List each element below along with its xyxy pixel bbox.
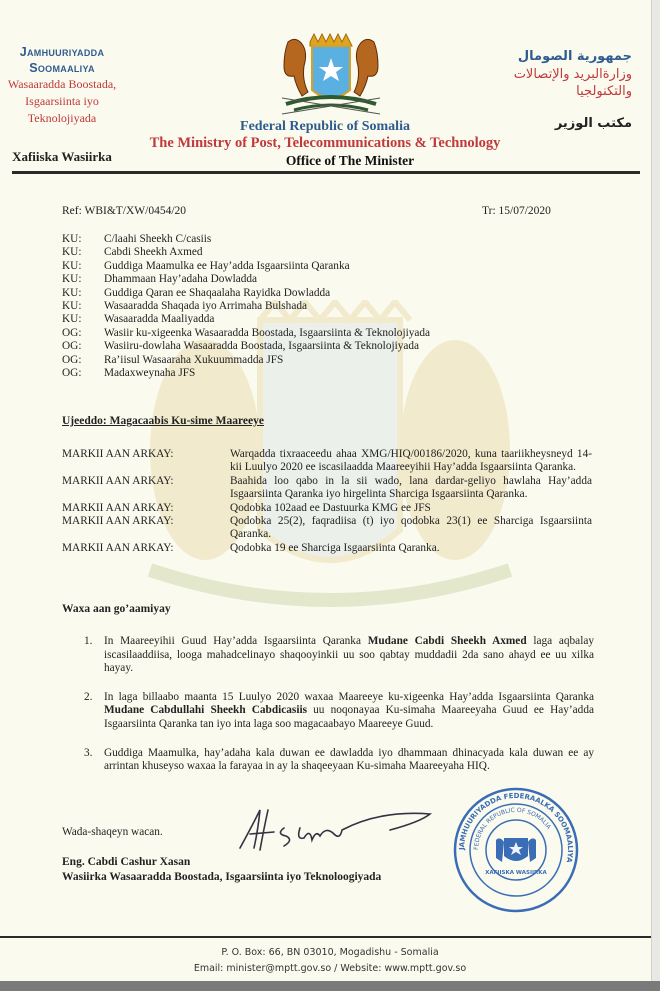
republic-name-arabic: جمهورية الصومال [462,48,632,66]
ministry-name-arabic-1: وزارةالبريد والإتصالات [462,66,632,83]
office-name-somali: Xafiiska Wasiirka [0,149,124,165]
ministry-name-somali-2: Isgaarsiinta iyo [0,93,124,110]
consideration-row: MARKII AAN ARKAY:Warqadda tixraaceedu ah… [62,448,592,475]
decisions-heading: Waxa aan go’aamiyay [62,603,171,615]
recipient-name: Wasaaradda Shaqada iyo Arrimaha Bulshada [104,300,307,313]
consideration-row: MARKII AAN ARKAY:Qodobka 102aad ee Dastu… [62,502,592,515]
recipient-row: KU:Wasaaradda Maaliyadda [62,313,430,326]
decision-person-name: Mudane Cabdi Sheekh Axmed [368,635,527,647]
considerations-list: MARKII AAN ARKAY:Warqadda tixraaceedu ah… [62,448,592,555]
seal-bottom-text: XAFIISKA WASIIRKA [485,870,547,876]
footer-block: P. O. Box: 66, BN 03010, Mogadishu - Som… [0,945,660,977]
decision-text-part: Guddiga Maamulka, hay’adaha kala duwan e… [104,747,594,773]
recipient-row: OG:Ra’iisul Wasaaraha Xukuummadda JFS [62,354,430,367]
recipient-name: Wasiir ku-xigeenka Wasaaradda Boostada, … [104,327,430,340]
decisions-list: 1.In Maareeyihii Guud Hay’adda Isgaarsii… [84,635,594,789]
ministry-name-somali-1: Wasaaradda Boostada, [0,76,124,93]
decision-number: 1. [84,635,104,676]
signer-name: Eng. Cabdi Cashur Xasan [62,855,381,870]
decision-item: 1.In Maareeyihii Guud Hay’adda Isgaarsii… [84,635,594,676]
recipient-row: KU:Dhammaan Hay’adaha Dowladda [62,273,430,286]
office-of-minister-title: Office of The Minister [130,152,520,169]
recipient-row: OG:Wasiiru-dowlaha Wasaaradda Boostada, … [62,340,430,353]
recipient-name: Dhammaan Hay’adaha Dowladda [104,273,257,286]
consideration-row: MARKII AAN ARKAY:Baahida loo qabo in la … [62,475,592,502]
closing-remark: Wada-shaqeyn wacan. [62,826,163,838]
recipient-row: KU:Guddiga Maamulka ee Hay’adda Isgaarsi… [62,260,430,273]
consideration-label: MARKII AAN ARKAY: [62,502,230,515]
footer-contact: Email: minister@mptt.gov.so / Website: w… [0,961,660,977]
recipient-row: OG:Madaxweynaha JFS [62,367,430,380]
recipient-name: Ra’iisul Wasaaraha Xukuummadda JFS [104,354,283,367]
recipient-name: Wasaaradda Maaliyadda [104,313,214,326]
page-edge-right [651,0,660,991]
recipient-prefix: KU: [62,273,104,286]
decision-text-part: In laga billaabo maanta 15 Luulyo 2020 w… [104,691,594,703]
recipient-row: KU:Guddiga Qaran ee Shaqaalaha Rayidka D… [62,287,430,300]
recipient-row: KU:Wasaaradda Shaqada iyo Arrimaha Bulsh… [62,300,430,313]
subject-line: Ujeeddo: Magacaabis Ku-sime Maareeye [62,415,264,427]
recipient-prefix: OG: [62,367,104,380]
recipient-row: OG:Wasiir ku-xigeenka Wasaaradda Boostad… [62,327,430,340]
decision-text: Guddiga Maamulka, hay’adaha kala duwan e… [104,747,594,774]
consideration-label: MARKII AAN ARKAY: [62,542,230,555]
recipient-row: KU:Cabdi Sheekh Axmed [62,246,430,259]
decision-text: In laga billaabo maanta 15 Luulyo 2020 w… [104,691,594,732]
republic-name-somali: Jamhuuriyadda [0,44,124,60]
consideration-text: Warqadda tixraaceedu ahaa XMG/HIQ/00186/… [230,448,592,475]
decision-item: 3.Guddiga Maamulka, hay’adaha kala duwan… [84,747,594,774]
ministry-title: The Ministry of Post, Telecommunications… [130,135,520,152]
header-divider [12,171,640,174]
office-name-arabic: مكتب الوزير [462,116,632,131]
recipient-prefix: KU: [62,260,104,273]
recipient-prefix: KU: [62,246,104,259]
decision-number: 3. [84,747,104,774]
recipient-row: KU:C/laahi Sheekh C/casiis [62,233,430,246]
header-left-block: Jamhuuriyadda Soomaaliya Wasaaradda Boos… [0,44,124,165]
somalia-coat-of-arms-icon [268,20,394,120]
footer-divider [0,936,660,938]
letter-page: Jamhuuriyadda Soomaaliya Wasaaradda Boos… [0,0,652,980]
recipient-prefix: KU: [62,287,104,300]
consideration-text: Qodobka 102aad ee Dastuurka KMG ee JFS [230,502,592,515]
recipients-list: KU:C/laahi Sheekh C/casiisKU:Cabdi Sheek… [62,233,430,380]
consideration-label: MARKII AAN ARKAY: [62,515,230,542]
recipient-name: C/laahi Sheekh C/casiis [104,233,211,246]
recipient-prefix: KU: [62,300,104,313]
reference-number: Ref: WBI&T/XW/0454/20 [62,205,186,217]
ministry-name-somali-3: Teknolojiyada [0,110,124,127]
header-right-block: جمهورية الصومال وزارةالبريد والإتصالات و… [462,48,632,131]
official-seal-icon: JAMHUURIYADDA FEDERAALKA SOOMAALIYA FEDE… [452,786,580,914]
decision-text-part: In Maareeyihii Guud Hay’adda Isgaarsiint… [104,635,368,647]
signer-title: Wasiirka Wasaaradda Boostada, Isgaarsiin… [62,870,381,885]
decision-number: 2. [84,691,104,732]
page-edge-bottom [0,981,660,991]
ministry-name-arabic-2: والتكنولجيا [462,83,632,100]
decision-person-name: Mudane Cabdullahi Sheekh Cabdicasiis [104,704,307,716]
recipient-prefix: KU: [62,233,104,246]
consideration-text: Qodobka 19 ee Sharciga Isgaarsiinta Qara… [230,542,592,555]
consideration-row: MARKII AAN ARKAY:Qodobka 25(2), faqradii… [62,515,592,542]
recipient-prefix: OG: [62,354,104,367]
recipient-name: Guddiga Qaran ee Shaqaalaha Rayidka Dowl… [104,287,330,300]
signer-block: Eng. Cabdi Cashur Xasan Wasiirka Wasaara… [62,855,381,884]
recipient-prefix: OG: [62,340,104,353]
recipient-prefix: OG: [62,327,104,340]
signature-mark [230,806,440,852]
consideration-label: MARKII AAN ARKAY: [62,475,230,502]
decision-item: 2.In laga billaabo maanta 15 Luulyo 2020… [84,691,594,732]
recipient-name: Wasiiru-dowlaha Wasaaradda Boostada, Isg… [104,340,419,353]
consideration-text: Qodobka 25(2), faqradiisa (t) iyo qodobk… [230,515,592,542]
recipient-name: Guddiga Maamulka ee Hay’adda Isgaarsiint… [104,260,350,273]
consideration-label: MARKII AAN ARKAY: [62,448,230,475]
letter-date: Tr: 15/07/2020 [482,205,551,217]
footer-address: P. O. Box: 66, BN 03010, Mogadishu - Som… [0,945,660,961]
consideration-row: MARKII AAN ARKAY:Qodobka 19 ee Sharciga … [62,542,592,555]
republic-name-somali-2: Soomaaliya [0,60,124,76]
recipient-name: Madaxweynaha JFS [104,367,195,380]
recipient-prefix: KU: [62,313,104,326]
recipient-name: Cabdi Sheekh Axmed [104,246,203,259]
consideration-text: Baahida loo qabo in la sii wado, lana da… [230,475,592,502]
decision-text: In Maareeyihii Guud Hay’adda Isgaarsiint… [104,635,594,676]
